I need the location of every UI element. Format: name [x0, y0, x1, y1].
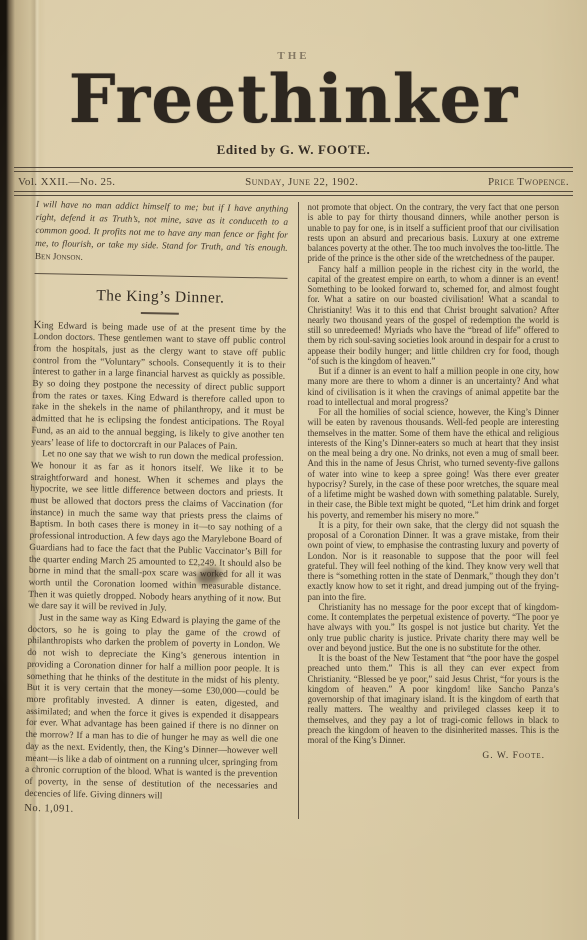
masthead-top-rule — [14, 167, 573, 172]
epigraph-attribution: Ben Jonson. — [35, 252, 83, 263]
newspaper-page: THE Freethinker Edited by G. W. FOOTE. V… — [0, 0, 587, 940]
price: Price Twopence. — [488, 176, 569, 188]
epigraph-divider — [35, 273, 287, 279]
article-paragraph: It is the boast of the New Testament tha… — [308, 653, 560, 745]
masthead-info-row: Vol. XXII.—No. 25. Sunday, June 22, 1902… — [18, 176, 569, 188]
article-paragraph: It is a pity, for their own sake, that t… — [308, 520, 560, 602]
article-paragraph: But if a dinner is an event to half a mi… — [308, 366, 560, 407]
article-paragraph: Christianity has no message for the poor… — [308, 602, 560, 653]
article-paragraph: Fancy half a million people in the riche… — [308, 264, 560, 367]
issue-date: Sunday, June 22, 1902. — [245, 176, 358, 188]
masthead-editor-line: Edited by G. W. FOOTE. — [0, 142, 587, 158]
epigraph-text: I will have no man addict himself to me;… — [35, 200, 288, 254]
article-paragraph: For all the homilies of social science, … — [308, 407, 560, 520]
author-signature: G. W. Foote. — [308, 751, 560, 761]
article-columns: I will have no man addict himself to me;… — [0, 196, 587, 819]
masthead-the: THE — [0, 0, 587, 62]
article-paragraph: King Edward is being made use of at the … — [31, 319, 286, 454]
epigraph: I will have no man addict himself to me;… — [35, 197, 289, 269]
article-paragraph: Let no one say that we wish to run down … — [28, 449, 284, 618]
masthead-title: Freethinker — [0, 64, 587, 134]
issue-number-footer: No. 1,091. — [24, 803, 277, 819]
right-column: not promote that object. On the contrary… — [298, 202, 560, 819]
volume-number: Vol. XXII.—No. 25. — [18, 176, 115, 188]
left-column: I will have no man addict himself to me;… — [24, 197, 297, 819]
article-paragraph: Just in the same way as King Edward is p… — [24, 613, 280, 805]
article-title-divider — [141, 312, 179, 314]
article-title: The King’s Dinner. — [34, 286, 287, 309]
article-paragraph: not promote that object. On the contrary… — [308, 202, 560, 264]
